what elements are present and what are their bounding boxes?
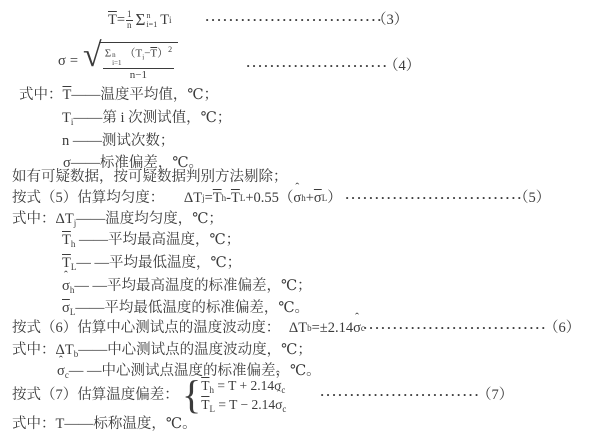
- definition-line: 式中：ΔTj——温度均匀度，℃；: [0, 209, 594, 229]
- equation-5-formula: ΔTj=Th-TL+0.55（ˆσh+σL）: [184, 188, 342, 208]
- summation-upper-limit: n: [112, 51, 116, 59]
- delta-t-symbol: ΔT: [56, 211, 74, 227]
- hat-accent-icon: ˆ: [276, 369, 280, 381]
- hat-accent-icon: ˆ: [295, 181, 299, 193]
- equation-number: （7）: [477, 385, 513, 405]
- equation-4-formula: σ = √ Σni=1（Ti−T）2 n−1: [58, 42, 178, 80]
- expression-text: = T − 2.14: [215, 397, 275, 412]
- definition-text: ——测试次数；: [69, 133, 174, 149]
- sigma-hat-symbol: ˆσ: [353, 318, 361, 338]
- sigma-bar-symbol: σ: [62, 300, 70, 316]
- radicand: Σni=1（Ti−T）2 n−1: [99, 42, 178, 83]
- definition-text: — —平均最低温度，℃；: [76, 255, 241, 271]
- definition-text: ——平均最低温度的标准偏差，℃。: [75, 300, 309, 316]
- dotted-leader: ························: [246, 56, 388, 76]
- summation-symbol: Σ: [105, 48, 111, 60]
- fraction-denominator: n−1: [130, 69, 147, 83]
- fraction: Σni=1（Ti−T）2 n−1: [103, 45, 174, 83]
- definition-lead: 式中：: [12, 342, 56, 358]
- definition-line: 式中：ΔTb——中心测试点的温度波动度，℃；: [0, 340, 594, 360]
- definition-text: ——平均最高温度，℃；: [75, 232, 240, 248]
- c-subscript: c: [282, 404, 286, 414]
- term-subscript: i: [169, 16, 172, 25]
- equation-5-lead: 按式（5）估算均匀度：: [12, 190, 164, 206]
- note-text: 如有可疑数据，按可疑数据判别方法剔除；: [12, 169, 288, 185]
- exponent: 2: [168, 45, 172, 54]
- dotted-leader: ·······························: [363, 318, 547, 338]
- sigma-hat-symbol: ˆσ: [62, 276, 70, 296]
- equation-number: （5）: [514, 188, 550, 208]
- sigma-hat-symbol: ˆσ: [275, 395, 282, 414]
- term-symbol: T: [160, 10, 169, 30]
- equation-number: （3）: [372, 10, 408, 30]
- dotted-leader: ······························: [205, 10, 383, 30]
- fraction-1-over-n: 1n: [126, 10, 133, 31]
- definition-line: σL——平均最低温度的标准偏差，℃。: [0, 298, 594, 318]
- equation-3-formula: T=1nΣni=1Ti: [108, 5, 172, 35]
- equation-6-line: 按式（6）估算中心测试点的温度波动度： ΔTb=±2.14ˆσc ·······…: [0, 318, 594, 338]
- summation-lower-limit: i=1: [146, 20, 157, 29]
- open-paren: （: [125, 48, 136, 60]
- case-row-low: TL = T − 2.14ˆσc: [201, 395, 286, 414]
- summation-lower-limit: i=1: [112, 59, 121, 67]
- definition-line: 式中：T——标称温度，℃。: [0, 414, 594, 434]
- c-subscript: c: [281, 385, 285, 395]
- sigma-bar-symbol: σ: [314, 188, 322, 208]
- sigma-hat-symbol: ˆσ: [293, 188, 301, 208]
- mean-high-temp-symbol: T: [213, 188, 222, 208]
- equals-sign: =: [205, 188, 213, 208]
- definition-text: ——温度平均值，℃；: [71, 87, 218, 103]
- definition-text: ——第 i 次测试值，℃；: [73, 110, 231, 126]
- definition-lead: 式中：: [12, 416, 56, 432]
- dotted-leader: ···························: [320, 385, 480, 405]
- equation-6-formula: ΔTb=±2.14ˆσc: [289, 318, 365, 338]
- dotted-leader: ······························: [345, 188, 523, 208]
- definition-line: n ——测试次数；: [0, 131, 594, 151]
- definition-line: TL— —平均最低温度，℃；: [0, 253, 594, 273]
- definition-text: ——中心测试点的温度波动度，℃；: [78, 342, 312, 358]
- definition-text: ——温度均匀度，℃；: [76, 211, 223, 227]
- equation-6-lead: 按式（6）估算中心测试点的温度波动度：: [12, 320, 280, 336]
- expression-text: = T + 2.14: [214, 378, 274, 393]
- summation-limits: ni=1: [112, 51, 121, 67]
- delta-t-symbol: ΔT: [289, 318, 307, 338]
- equation-7-formula: { Th = T + 2.14ˆσc TL = T − 2.14ˆσc: [182, 374, 286, 416]
- fraction-denominator: n: [127, 21, 132, 31]
- definition-text: — —平均最高温度的标准偏差，℃；: [74, 278, 311, 294]
- summation-upper-limit: n: [146, 11, 150, 20]
- equation-7-lead: 按式（7）估算温度偏差：: [12, 385, 179, 405]
- definition-lead: 式中：: [19, 87, 63, 103]
- left-brace-icon: {: [182, 375, 201, 415]
- fraction-numerator: Σni=1（Ti−T）2: [103, 45, 174, 69]
- equation-4-line: σ = √ Σni=1（Ti−T）2 n−1 ·················…: [0, 42, 594, 80]
- definition-line: Ti——第 i 次测试值，℃；: [0, 108, 594, 128]
- equation-number: （6）: [544, 318, 580, 338]
- case-row-high: Th = T + 2.14ˆσc: [201, 376, 286, 395]
- summation-symbol: Σ: [136, 10, 146, 30]
- hat-accent-icon: ˆ: [64, 269, 68, 281]
- plus-sign: +: [306, 188, 314, 208]
- definition-line: 式中：T——温度平均值，℃；: [0, 85, 594, 105]
- fraction-numerator: 1: [126, 10, 133, 21]
- document-page: T=1nΣni=1Ti ····························…: [0, 0, 594, 435]
- equation-7-line: 按式（7）估算温度偏差： { Th = T + 2.14ˆσc TL = T −…: [0, 374, 594, 416]
- equals-sign: =: [70, 51, 78, 71]
- hat-accent-icon: ˆ: [59, 354, 63, 366]
- coefficient-text: +0.55（: [245, 188, 293, 208]
- definition-line: Th ——平均最高温度，℃；: [0, 230, 594, 250]
- definition-lead: 式中：: [12, 211, 56, 227]
- definition-text: ——标称温度，℃。: [64, 416, 196, 432]
- mean-temperature-symbol: T: [108, 10, 117, 30]
- term-symbol: T: [62, 110, 71, 126]
- equation-number: （4）: [384, 56, 420, 76]
- mean-low-temp-symbol: T: [231, 188, 240, 208]
- equals-sign: =: [117, 10, 125, 30]
- equation-5-line: 按式（5）估算均匀度： ΔTj=Th-TL+0.55（ˆσh+σL） ·····…: [0, 188, 594, 208]
- summation-limits: ni=1: [146, 11, 157, 29]
- sigma-symbol: σ: [58, 51, 66, 71]
- equation-3-line: T=1nΣni=1Ti ····························…: [0, 5, 594, 35]
- cases-rows: Th = T + 2.14ˆσc TL = T − 2.14ˆσc: [201, 376, 286, 414]
- definition-line: ˆσh— —平均最高温度的标准偏差，℃；: [0, 276, 594, 296]
- delta-t-symbol: ΔT: [184, 188, 202, 208]
- hat-accent-icon: ˆ: [355, 311, 359, 323]
- close-paren: ）: [327, 188, 342, 208]
- square-root: √ Σni=1（Ti−T）2 n−1: [83, 39, 178, 83]
- close-paren: ）: [157, 48, 168, 60]
- hat-accent-icon: ˆ: [277, 388, 281, 400]
- mean-high-temp-symbol: T: [62, 232, 71, 248]
- equals-plus-minus-text: =±2.14: [312, 318, 354, 338]
